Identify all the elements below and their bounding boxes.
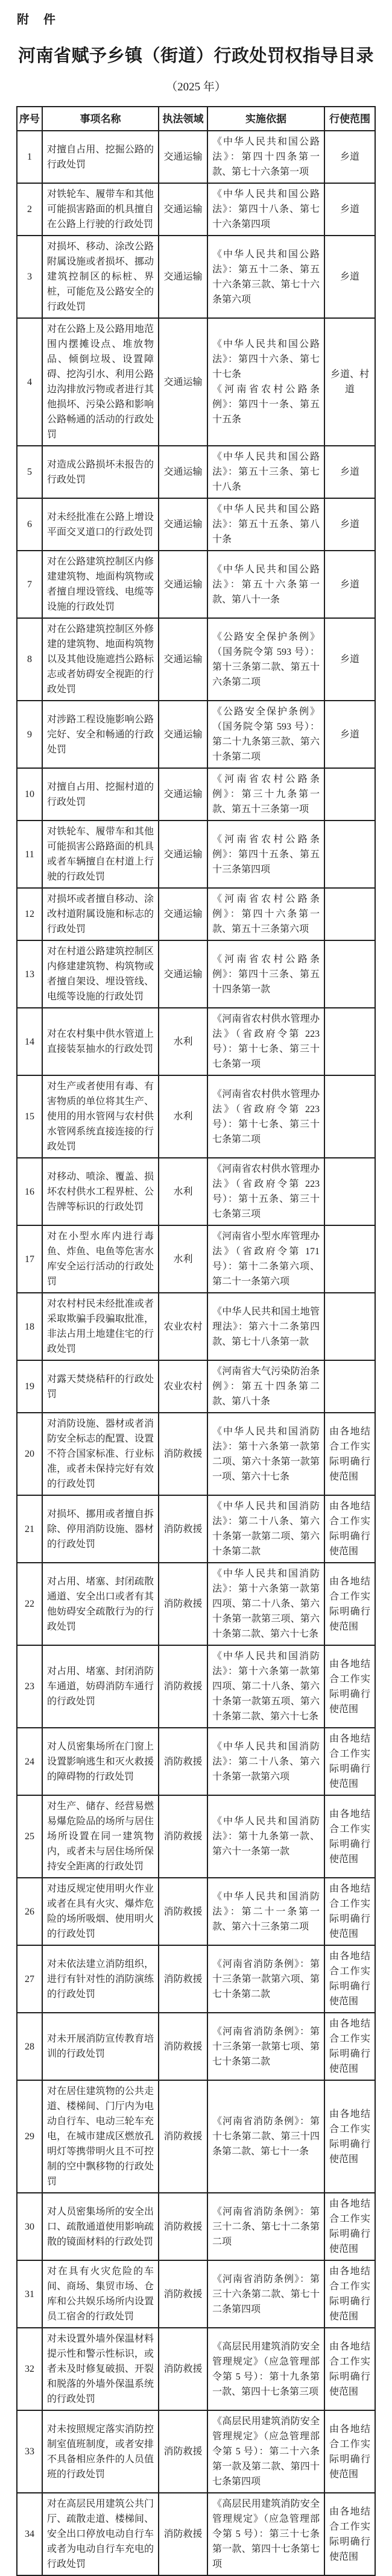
table-row: 31对在具有火灾危险的车间、商场、集贸市场、仓库和公共娱乐场所内设置员工宿舍的行… bbox=[17, 2260, 375, 2328]
item-name: 对在居住建筑物的公共走道、楼梯间、门厅内为电动自行车、电动三轮车充电，在城市建成… bbox=[42, 2080, 159, 2193]
implementation-basis: 《中华人民共和国公路法》：第四十四条第一款、第七十六条第一项 bbox=[207, 131, 324, 183]
enforcement-field: 消防救援 bbox=[159, 1563, 207, 1645]
row-number: 22 bbox=[17, 1563, 42, 1645]
exercise-scope bbox=[324, 940, 375, 1008]
implementation-basis: 《中华人民共和国公路法》：第五十二条、第五十六条第三款、第七十六条第六项 bbox=[207, 236, 324, 318]
enforcement-field: 水利 bbox=[159, 1158, 207, 1225]
table-header-row: 序号 事项名称 执法领域 实施依据 行使范围 bbox=[17, 107, 375, 131]
table-row: 33对未按照规定落实消防控制室值班制度，或者安排不具备相应条件的人员值班的行政处… bbox=[17, 2410, 375, 2493]
exercise-scope: 由各地结合工作实际明确行使范围 bbox=[324, 1945, 375, 2013]
enforcement-field: 消防救援 bbox=[159, 1495, 207, 1563]
table-row: 11对铁轮车、履带车和其他可能损害公路路面的机具或者车辆擅自在村道上行驶的行政处… bbox=[17, 821, 375, 888]
row-number: 10 bbox=[17, 768, 42, 821]
item-name: 对铁轮车、履带车和其他可能损害路面的机具擅自在公路上行驶的行政处罚 bbox=[42, 183, 159, 236]
row-number: 34 bbox=[17, 2493, 42, 2575]
enforcement-field: 消防救援 bbox=[159, 1945, 207, 2013]
implementation-basis: 《河南省消防条例》：第十三条第一款第七项、第七十条第二款 bbox=[207, 2013, 324, 2080]
table-row: 24对人员密集场所在门窗上设置影响逃生和灭火救援的障碍物的行政处罚消防救援《中华… bbox=[17, 1728, 375, 1795]
row-number: 27 bbox=[17, 1945, 42, 2013]
row-number: 7 bbox=[17, 551, 42, 618]
item-name: 对人员密集场所的安全出口、疏散通道使用影响疏散的镜面材料的行政处罚 bbox=[42, 2193, 159, 2260]
enforcement-field: 消防救援 bbox=[159, 1795, 207, 1878]
exercise-scope: 乡道 bbox=[324, 551, 375, 618]
item-name: 对造成公路损坏未报告的行政处罚 bbox=[42, 446, 159, 498]
enforcement-field: 农业农村 bbox=[159, 1293, 207, 1360]
item-name: 对移动、喷涂、覆盖、损坏农村供水工程界桩、公告牌等标识的行政处罚 bbox=[42, 1158, 159, 1225]
implementation-basis: 《河南省小型水库管理办法》（省政府令第 171 号）：第十二条第六项、第二十一条… bbox=[207, 1225, 324, 1293]
table-row: 6对未经批准在公路上增设平面交叉道口的行政处罚交通运输《中华人民共和国公路法》：… bbox=[17, 498, 375, 551]
implementation-basis: 《河南省消防条例》：第十三条第一款第六项、第七十条第二款 bbox=[207, 1945, 324, 2013]
header-no: 序号 bbox=[17, 107, 42, 131]
table-row: 23对占用、堵塞、封闭消防车通道，妨碍消防车通行的行政处罚消防救援《中华人民共和… bbox=[17, 1645, 375, 1728]
implementation-basis: 《河南省消防条例》：第十七条第二款、第三十四条第二款、第七十一条 bbox=[207, 2080, 324, 2193]
row-number: 2 bbox=[17, 183, 42, 236]
header-implementation-basis: 实施依据 bbox=[207, 107, 324, 131]
table-row: 10对擅自占用、挖掘村道的行政处罚交通运输《河南省农村公路条例》：第三十九条第一… bbox=[17, 768, 375, 821]
table-row: 16对移动、喷涂、覆盖、损坏农村供水工程界桩、公告牌等标识的行政处罚水利《河南省… bbox=[17, 1158, 375, 1225]
row-number: 8 bbox=[17, 618, 42, 701]
enforcement-field: 交通运输 bbox=[159, 498, 207, 551]
enforcement-field: 交通运输 bbox=[159, 236, 207, 318]
row-number: 14 bbox=[17, 1008, 42, 1075]
table-row: 19对露天焚烧秸秆的行政处罚农业农村《河南省大气污染防治条例》：第五十四条第二款… bbox=[17, 1360, 375, 1413]
document-page: 附 件 河南省赋予乡镇（街道）行政处罚权指导目录 （2025 年） 序号 事项名… bbox=[0, 0, 392, 2576]
implementation-basis: 《河南省农村供水管理办法》（省政府令第 223 号）：第十七条、第三十七条第二项 bbox=[207, 1075, 324, 1158]
implementation-basis: 《中华人民共和国公路法》：第五十五条、第八十条 bbox=[207, 498, 324, 551]
enforcement-field: 水利 bbox=[159, 1008, 207, 1075]
implementation-basis: 《河南省农村公路条例》：第三十九条第一款、第五十三条第一项 bbox=[207, 768, 324, 821]
item-name: 对占用、堵塞、封闭疏散通道、安全出口或者有其他妨碍安全疏散行为的行政处罚 bbox=[42, 1563, 159, 1645]
implementation-basis: 《中华人民共和国消防法》：第二十一条第一款、第六十三条第二项 bbox=[207, 1878, 324, 1945]
table-row: 22对占用、堵塞、封闭疏散通道、安全出口或者有其他妨碍安全疏散行为的行政处罚消防… bbox=[17, 1563, 375, 1645]
enforcement-field: 交通运输 bbox=[159, 446, 207, 498]
item-name: 对在公路建筑控制区外修建的建筑物、地面构筑物以及其他设施遮挡公路标志或者妨碍安全… bbox=[42, 618, 159, 701]
directory-table: 序号 事项名称 执法领域 实施依据 行使范围 1对擅自占用、挖掘公路的行政处罚交… bbox=[16, 106, 376, 2576]
table-row: 26对违反规定使用明火作业或者在具有火灾、爆炸危险的场所吸烟、使用明火的行政处罚… bbox=[17, 1878, 375, 1945]
item-name: 对涉路工程设施影响公路完好、安全和畅通的行政处罚 bbox=[42, 701, 159, 768]
table-row: 14对在农村集中供水管道上直接装泵抽水的行政处罚水利《河南省农村供水管理办法》（… bbox=[17, 1008, 375, 1075]
exercise-scope: 由各地结合工作实际明确行使范围 bbox=[324, 1563, 375, 1645]
exercise-scope bbox=[324, 1360, 375, 1413]
enforcement-field: 交通运输 bbox=[159, 318, 207, 446]
row-number: 20 bbox=[17, 1413, 42, 1495]
exercise-scope: 由各地结合工作实际明确行使范围 bbox=[324, 1495, 375, 1563]
implementation-basis: 《河南省大气污染防治条例》：第五十四条第二款、第八十条 bbox=[207, 1360, 324, 1413]
row-number: 25 bbox=[17, 1795, 42, 1878]
row-number: 21 bbox=[17, 1495, 42, 1563]
exercise-scope bbox=[324, 1293, 375, 1360]
row-number: 17 bbox=[17, 1225, 42, 1293]
item-name: 对在具有火灾危险的车间、商场、集贸市场、仓库和公共娱乐场所内设置员工宿舍的行政处… bbox=[42, 2260, 159, 2328]
table-row: 20对消防设施、器材或者消防安全标志的配置、设置不符合国家标准、行业标准，或者未… bbox=[17, 1413, 375, 1495]
item-name: 对损坏、移动、涂改公路附属设施或者损坏、挪动建筑控制区的标桩、界桩，可能危及公路… bbox=[42, 236, 159, 318]
table-row: 30对人员密集场所的安全出口、疏散通道使用影响疏散的镜面材料的行政处罚消防救援《… bbox=[17, 2193, 375, 2260]
item-name: 对在农村集中供水管道上直接装泵抽水的行政处罚 bbox=[42, 1008, 159, 1075]
item-name: 对农村村民未经批准或者采取欺骗手段骗取批准，非法占用土地建住宅的行政处罚 bbox=[42, 1293, 159, 1360]
implementation-basis: 《高层民用建筑消防安全管理规定》（应急管理部令第 5 号）：第二十六条第一款及第… bbox=[207, 2410, 324, 2493]
table-row: 7对在公路建筑控制区内修建建筑物、地面构筑物或者擅自埋设管线、电缆等设施的行政处… bbox=[17, 551, 375, 618]
enforcement-field: 消防救援 bbox=[159, 1728, 207, 1795]
enforcement-field: 消防救援 bbox=[159, 1413, 207, 1495]
enforcement-field: 消防救援 bbox=[159, 2260, 207, 2328]
table-row: 8对在公路建筑控制区外修建的建筑物、地面构筑物以及其他设施遮挡公路标志或者妨碍安… bbox=[17, 618, 375, 701]
enforcement-field: 消防救援 bbox=[159, 1878, 207, 1945]
item-name: 对在公路建筑控制区内修建建筑物、地面构筑物或者擅自埋设管线、电缆等设施的行政处罚 bbox=[42, 551, 159, 618]
item-name: 对生产、储存、经营易燃易爆危险品的场所与居住场所设置在同一建筑物内，或者未与居住… bbox=[42, 1795, 159, 1878]
row-number: 30 bbox=[17, 2193, 42, 2260]
enforcement-field: 水利 bbox=[159, 1075, 207, 1158]
item-name: 对未依法建立消防组织，进行有针对性的消防演练的行政处罚 bbox=[42, 1945, 159, 2013]
exercise-scope bbox=[324, 888, 375, 940]
table-row: 27对未依法建立消防组织，进行有针对性的消防演练的行政处罚消防救援《河南省消防条… bbox=[17, 1945, 375, 2013]
implementation-basis: 《河南省农村供水管理办法》（省政府令第 223 号）：第十七条、第三十七条第一项 bbox=[207, 1008, 324, 1075]
enforcement-field: 交通运输 bbox=[159, 183, 207, 236]
implementation-basis: 《公路安全保护条例》（国务院令第 593 号）：第十三条第二款、第五十六条第二项 bbox=[207, 618, 324, 701]
item-name: 对擅自占用、挖掘村道的行政处罚 bbox=[42, 768, 159, 821]
row-number: 9 bbox=[17, 701, 42, 768]
enforcement-field: 交通运输 bbox=[159, 618, 207, 701]
exercise-scope: 由各地结合工作实际明确行使范围 bbox=[324, 2080, 375, 2193]
table-row: 1对擅自占用、挖掘公路的行政处罚交通运输《中华人民共和国公路法》：第四十四条第一… bbox=[17, 131, 375, 183]
row-number: 33 bbox=[17, 2410, 42, 2493]
row-number: 26 bbox=[17, 1878, 42, 1945]
table-body: 1对擅自占用、挖掘公路的行政处罚交通运输《中华人民共和国公路法》：第四十四条第一… bbox=[17, 131, 375, 2575]
enforcement-field: 消防救援 bbox=[159, 2410, 207, 2493]
item-name: 对人员密集场所在门窗上设置影响逃生和灭火救援的障碍物的行政处罚 bbox=[42, 1728, 159, 1795]
implementation-basis: 《河南省农村公路条例》：第四十五条、第五十三条第四项 bbox=[207, 821, 324, 888]
table-row: 28对未开展消防宣传教育培训的行政处罚消防救援《河南省消防条例》：第十三条第一款… bbox=[17, 2013, 375, 2080]
enforcement-field: 交通运输 bbox=[159, 821, 207, 888]
exercise-scope: 乡道 bbox=[324, 236, 375, 318]
implementation-basis: 《河南省农村供水管理办法》（省政府令第 223 号）：第十五条、第三十七条第三项 bbox=[207, 1158, 324, 1225]
item-name: 对在高层民用建筑公共门厅、疏散走道、楼梯间、安全出口停放电动自行车或者为电动自行… bbox=[42, 2493, 159, 2575]
attachment-label: 附 件 bbox=[17, 10, 392, 27]
enforcement-field: 水利 bbox=[159, 1225, 207, 1293]
exercise-scope bbox=[324, 821, 375, 888]
item-name: 对露天焚烧秸秆的行政处罚 bbox=[42, 1360, 159, 1413]
item-name: 对擅自占用、挖掘公路的行政处罚 bbox=[42, 131, 159, 183]
exercise-scope: 由各地结合工作实际明确行使范围 bbox=[324, 2493, 375, 2575]
table-row: 21对损坏、挪用或者擅自拆除、停用消防设施、器材的行政处罚消防救援《中华人民共和… bbox=[17, 1495, 375, 1563]
item-name: 对未按照规定落实消防控制室值班制度，或者安排不具备相应条件的人员值班的行政处罚 bbox=[42, 2410, 159, 2493]
row-number: 16 bbox=[17, 1158, 42, 1225]
row-number: 23 bbox=[17, 1645, 42, 1728]
exercise-scope: 乡道、村道 bbox=[324, 318, 375, 446]
table-row: 4对在公路上及公路用地范围内摆摊设点、堆放物品、倾倒垃圾、设置障碍、挖沟引水、利… bbox=[17, 318, 375, 446]
item-name: 对未开展消防宣传教育培训的行政处罚 bbox=[42, 2013, 159, 2080]
table-row: 17对在小型水库内进行毒鱼、炸鱼、电鱼等危害水库安全运行活动的行政处罚水利《河南… bbox=[17, 1225, 375, 1293]
exercise-scope: 乡道 bbox=[324, 498, 375, 551]
item-name: 对未经批准在公路上增设平面交叉道口的行政处罚 bbox=[42, 498, 159, 551]
row-number: 5 bbox=[17, 446, 42, 498]
exercise-scope bbox=[324, 1158, 375, 1225]
implementation-basis: 《中华人民共和国公路法》：第五十六条第一款、第八十一条 bbox=[207, 551, 324, 618]
item-name: 对占用、堵塞、封闭消防车通道，妨碍消防车通行的行政处罚 bbox=[42, 1645, 159, 1728]
item-name: 对在公路上及公路用地范围内摆摊设点、堆放物品、倾倒垃圾、设置障碍、挖沟引水、利用… bbox=[42, 318, 159, 446]
implementation-basis: 《河南省消防条例》：第三十二条、第七十二条第二项 bbox=[207, 2193, 324, 2260]
implementation-basis: 《河南省农村公路条例》：第四十三条、第五十四条第一款 bbox=[207, 940, 324, 1008]
table-row: 15对生产或者使用有毒、有害物质的单位将其生产、使用的用水管网与农村供水管网系统… bbox=[17, 1075, 375, 1158]
exercise-scope bbox=[324, 1008, 375, 1075]
row-number: 4 bbox=[17, 318, 42, 446]
item-name: 对在村道公路建筑控制区内修建建筑物、构筑物或者擅自架设、埋设管线、电缆等设施的行… bbox=[42, 940, 159, 1008]
exercise-scope: 乡道 bbox=[324, 446, 375, 498]
table-row: 29对在居住建筑物的公共走道、楼梯间、门厅内为电动自行车、电动三轮车充电，在城市… bbox=[17, 2080, 375, 2193]
item-name: 对铁轮车、履带车和其他可能损害公路路面的机具或者车辆擅自在村道上行驶的行政处罚 bbox=[42, 821, 159, 888]
implementation-basis: 《中华人民共和国土地管理法》：第六十二条第四款、第七十八条第一款 bbox=[207, 1293, 324, 1360]
enforcement-field: 消防救援 bbox=[159, 2193, 207, 2260]
implementation-basis: 《中华人民共和国消防法》：第十六条第一款第四项、第二十八条、第六十条第一款第五项… bbox=[207, 1645, 324, 1728]
row-number: 31 bbox=[17, 2260, 42, 2328]
row-number: 24 bbox=[17, 1728, 42, 1795]
row-number: 12 bbox=[17, 888, 42, 940]
implementation-basis: 《河南省消防条例》：第三十六条第二款、第七十二条第四项 bbox=[207, 2260, 324, 2328]
table-row: 12对损坏或者擅自移动、涂改村道附属设施和标志的行政处罚交通运输《河南省农村公路… bbox=[17, 888, 375, 940]
header-enforcement-field: 执法领域 bbox=[159, 107, 207, 131]
implementation-basis: 《高层民用建筑消防安全管理规定》（应急管理部令第 5 号）：第十九条第一款、第四… bbox=[207, 2328, 324, 2410]
exercise-scope: 由各地结合工作实际明确行使范围 bbox=[324, 2260, 375, 2328]
implementation-basis: 《中华人民共和国公路法》：第四十六条、第七十七条 《河南省农村公路条例》：第四十… bbox=[207, 318, 324, 446]
exercise-scope bbox=[324, 768, 375, 821]
item-name: 对在小型水库内进行毒鱼、炸鱼、电鱼等危害水库安全运行活动的行政处罚 bbox=[42, 1225, 159, 1293]
header-item-name: 事项名称 bbox=[42, 107, 159, 131]
enforcement-field: 交通运输 bbox=[159, 701, 207, 768]
item-name: 对损坏、挪用或者擅自拆除、停用消防设施、器材的行政处罚 bbox=[42, 1495, 159, 1563]
row-number: 11 bbox=[17, 821, 42, 888]
row-number: 29 bbox=[17, 2080, 42, 2193]
table-row: 18对农村村民未经批准或者采取欺骗手段骗取批准，非法占用土地建住宅的行政处罚农业… bbox=[17, 1293, 375, 1360]
exercise-scope bbox=[324, 1075, 375, 1158]
exercise-scope: 由各地结合工作实际明确行使范围 bbox=[324, 1645, 375, 1728]
enforcement-field: 消防救援 bbox=[159, 2013, 207, 2080]
exercise-scope: 乡道 bbox=[324, 131, 375, 183]
implementation-basis: 《中华人民共和国消防法》：第二十八条、第六十条第一款第六项 bbox=[207, 1728, 324, 1795]
implementation-basis: 《中华人民共和国消防法》：第十六条第一款第二项、第六十条第一款第一项、第六十七条 bbox=[207, 1413, 324, 1495]
item-name: 对未设置外墙外保温材料提示性和警示性标识，或者未及时修复破损、开裂和脱落的外墙外… bbox=[42, 2328, 159, 2410]
implementation-basis: 《公路安全保护条例》（国务院令第 593 号）：第二十九条第三款、第六十条第二项 bbox=[207, 701, 324, 768]
table-row: 5对造成公路损坏未报告的行政处罚交通运输《中华人民共和国公路法》：第五十三条、第… bbox=[17, 446, 375, 498]
table-row: 34对在高层民用建筑公共门厅、疏散走道、楼梯间、安全出口停放电动自行车或者为电动… bbox=[17, 2493, 375, 2575]
implementation-basis: 《中华人民共和国消防法》：第十九条第一款、第六十一条第一款 bbox=[207, 1795, 324, 1878]
implementation-basis: 《中华人民共和国公路法》：第四十八条、第七十六条第四项 bbox=[207, 183, 324, 236]
enforcement-field: 消防救援 bbox=[159, 2493, 207, 2575]
table-row: 9对涉路工程设施影响公路完好、安全和畅通的行政处罚交通运输《公路安全保护条例》（… bbox=[17, 701, 375, 768]
table-row: 25对生产、储存、经营易燃易爆危险品的场所与居住场所设置在同一建筑物内，或者未与… bbox=[17, 1795, 375, 1878]
exercise-scope: 乡道 bbox=[324, 183, 375, 236]
row-number: 3 bbox=[17, 236, 42, 318]
enforcement-field: 交通运输 bbox=[159, 888, 207, 940]
enforcement-field: 交通运输 bbox=[159, 940, 207, 1008]
exercise-scope bbox=[324, 1225, 375, 1293]
table-row: 13对在村道公路建筑控制区内修建建筑物、构筑物或者擅自架设、埋设管线、电缆等设施… bbox=[17, 940, 375, 1008]
row-number: 13 bbox=[17, 940, 42, 1008]
implementation-basis: 《中华人民共和国公路法》：第五十三条、第七十八条 bbox=[207, 446, 324, 498]
enforcement-field: 消防救援 bbox=[159, 2328, 207, 2410]
implementation-basis: 《中华人民共和国消防法》：第二十八条、第六十条第一款第二项、第六十条第二款 bbox=[207, 1495, 324, 1563]
exercise-scope: 由各地结合工作实际明确行使范围 bbox=[324, 1878, 375, 1945]
row-number: 32 bbox=[17, 2328, 42, 2410]
enforcement-field: 农业农村 bbox=[159, 1360, 207, 1413]
item-name: 对损坏或者擅自移动、涂改村道附属设施和标志的行政处罚 bbox=[42, 888, 159, 940]
exercise-scope: 由各地结合工作实际明确行使范围 bbox=[324, 2410, 375, 2493]
row-number: 19 bbox=[17, 1360, 42, 1413]
exercise-scope: 乡道 bbox=[324, 618, 375, 701]
item-name: 对违反规定使用明火作业或者在具有火灾、爆炸危险的场所吸烟、使用明火的行政处罚 bbox=[42, 1878, 159, 1945]
header-exercise-scope: 行使范围 bbox=[324, 107, 375, 131]
exercise-scope: 由各地结合工作实际明确行使范围 bbox=[324, 1728, 375, 1795]
row-number: 18 bbox=[17, 1293, 42, 1360]
page-subtitle: （2025 年） bbox=[0, 78, 392, 94]
row-number: 1 bbox=[17, 131, 42, 183]
table-row: 2对铁轮车、履带车和其他可能损害路面的机具擅自在公路上行驶的行政处罚交通运输《中… bbox=[17, 183, 375, 236]
row-number: 15 bbox=[17, 1075, 42, 1158]
enforcement-field: 消防救援 bbox=[159, 2080, 207, 2193]
implementation-basis: 《中华人民共和国消防法》：第十六条第一款第四项、第二十八条、第六十条第一款第三项… bbox=[207, 1563, 324, 1645]
exercise-scope: 由各地结合工作实际明确行使范围 bbox=[324, 2013, 375, 2080]
table-row: 3对损坏、移动、涂改公路附属设施或者损坏、挪动建筑控制区的标桩、界桩，可能危及公… bbox=[17, 236, 375, 318]
enforcement-field: 交通运输 bbox=[159, 768, 207, 821]
row-number: 6 bbox=[17, 498, 42, 551]
enforcement-field: 消防救援 bbox=[159, 1645, 207, 1728]
exercise-scope: 由各地结合工作实际明确行使范围 bbox=[324, 1413, 375, 1495]
exercise-scope: 乡道 bbox=[324, 701, 375, 768]
exercise-scope: 由各地结合工作实际明确行使范围 bbox=[324, 2328, 375, 2410]
table-row: 32对未设置外墙外保温材料提示性和警示性标识，或者未及时修复破损、开裂和脱落的外… bbox=[17, 2328, 375, 2410]
page-title: 河南省赋予乡镇（街道）行政处罚权指导目录 bbox=[6, 45, 386, 67]
exercise-scope: 由各地结合工作实际明确行使范围 bbox=[324, 1795, 375, 1878]
implementation-basis: 《河南省农村公路条例》：第四十六条第一款、第五十三条第六项 bbox=[207, 888, 324, 940]
enforcement-field: 交通运输 bbox=[159, 131, 207, 183]
exercise-scope: 由各地结合工作实际明确行使范围 bbox=[324, 2193, 375, 2260]
implementation-basis: 《高层民用建筑消防安全管理规定》（应急管理部令第 5 号）：第三十七条第一款、第… bbox=[207, 2493, 324, 2575]
item-name: 对消防设施、器材或者消防安全标志的配置、设置不符合国家标准、行业标准，或者未保持… bbox=[42, 1413, 159, 1495]
enforcement-field: 交通运输 bbox=[159, 551, 207, 618]
row-number: 28 bbox=[17, 2013, 42, 2080]
item-name: 对生产或者使用有毒、有害物质的单位将其生产、使用的用水管网与农村供水管网系统直接… bbox=[42, 1075, 159, 1158]
